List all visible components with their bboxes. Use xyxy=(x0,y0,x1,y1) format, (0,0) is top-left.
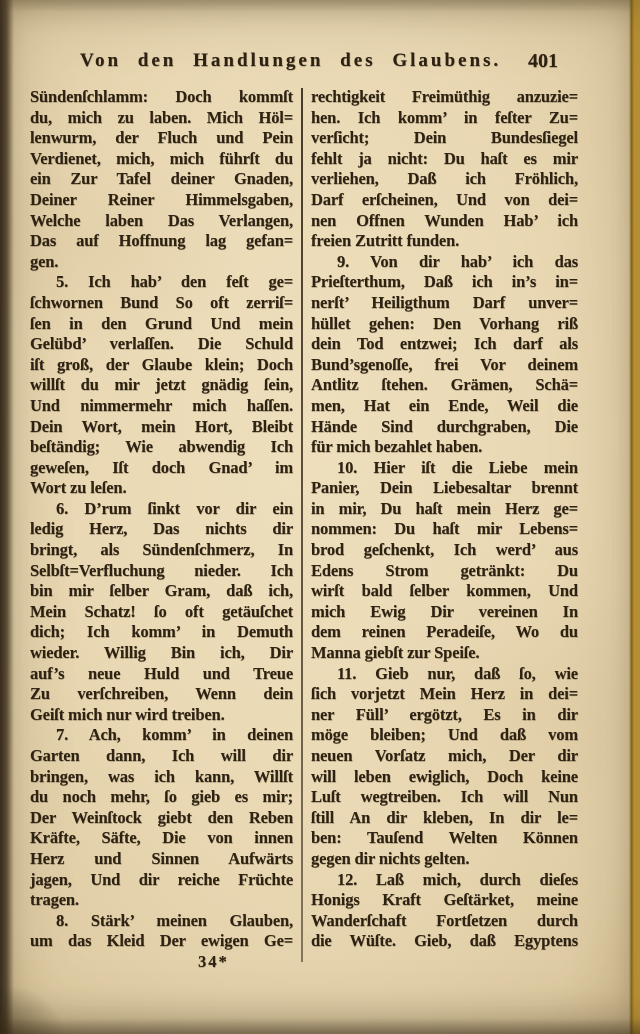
text-line: Herz und Sinnen Aufwärts xyxy=(30,849,293,870)
text-line: um das Kleid Der ewigen Ge= xyxy=(30,931,293,952)
text-line: Und nimmermehr mich haſſen. xyxy=(30,396,293,417)
text-line: Welche laben Das Verlangen, xyxy=(30,211,293,232)
text-line: hen. Ich komm’ in feſter Zu= xyxy=(311,108,578,129)
text-line: Zu verſchreiben, Wenn dein xyxy=(30,684,293,705)
text-line: ſen in den Grund Und mein xyxy=(30,314,293,335)
text-line: für mich bezahlet haben. xyxy=(311,437,578,458)
text-line: 8. Stärk’ meinen Glauben, xyxy=(30,911,293,932)
text-line: ledig Herz, Das nichts dir xyxy=(30,519,293,540)
text-line: auf’s neue Huld und Treue xyxy=(30,664,293,685)
text-line: nen Offnen Wunden Hab’ ich xyxy=(311,211,578,232)
page-number: 401 xyxy=(528,50,558,73)
text-line: verliehen, Daß ich Fröhlich, xyxy=(311,169,578,190)
text-line: Deiner Reiner Himmelsgaben, xyxy=(30,190,293,211)
text-line: Gelübd’ verlaſſen. Die Schuld xyxy=(30,334,293,355)
next-page-edge xyxy=(629,0,640,1034)
text-line: 12. Laß mich, durch dieſes xyxy=(311,870,578,891)
text-line: die Wüſte. Gieb, daß Egyptens xyxy=(311,931,578,952)
text-line: du, mich zu laben. Mich Höl= xyxy=(30,108,293,129)
text-line: Honigs Kraft Geſtärket, meine xyxy=(311,890,578,911)
text-line: dich; Ich komm’ in Demuth xyxy=(30,622,293,643)
text-line: fehlt ja nicht: Du haſt es mir xyxy=(311,149,578,170)
text-line: nommen: Du haſt mir Lebens= xyxy=(311,519,578,540)
text-line: ein Zur Tafel deiner Gnaden, xyxy=(30,169,293,190)
text-line: 9. Von dir hab’ ich das xyxy=(311,252,578,273)
text-line: freien Zutritt funden. xyxy=(311,231,578,252)
running-header: Von den Handlungen des Glaubens. 401 xyxy=(46,50,578,76)
text-line: Selbſt=Verfluchung nieder. Ich xyxy=(30,561,293,582)
text-line: Luſt wegtreiben. Ich will Nun xyxy=(311,787,578,808)
text-line: hüllet gehen: Den Vorhang riß xyxy=(311,314,578,335)
page-top-shadow xyxy=(0,0,640,12)
text-line: 11. Gieb nur, daß ſo, wie xyxy=(311,664,578,685)
text-line: verſicht; Dein Bundesſiegel xyxy=(311,128,578,149)
text-line: geweſen, Iſt doch Gnad’ im xyxy=(30,458,293,479)
text-line: 10. Hier iſt die Liebe mein xyxy=(311,458,578,479)
text-line: Prieſterthum, Daß ich in’s in= xyxy=(311,272,578,293)
text-line: 7. Ach, komm’ in deinen xyxy=(30,725,293,746)
text-columns: Sündenſchlamm: Doch kommſtdu, mich zu la… xyxy=(30,87,578,973)
text-line: Wanderſchaft Fortſetzen durch xyxy=(311,911,578,932)
text-line: 34* xyxy=(30,952,293,973)
text-line: Darf erſcheinen, Und von dei= xyxy=(311,190,578,211)
text-line: neuen Vorſatz mich, Der dir xyxy=(311,746,578,767)
text-line: Antlitz ſtehen. Grämen, Schä= xyxy=(311,375,578,396)
text-line: lenwurm, der Fluch und Pein xyxy=(30,128,293,149)
text-line: mich Ewig Dir vereinen In xyxy=(311,602,578,623)
book-page: Von den Handlungen des Glaubens. 401 Sün… xyxy=(0,0,640,1034)
corner-shadow xyxy=(0,964,90,1034)
text-line: gegen dir nichts gelten. xyxy=(311,849,578,870)
text-line: Garten dann, Ich will dir xyxy=(30,746,293,767)
text-line: willſt du mir jetzt gnädig ſein, xyxy=(30,375,293,396)
text-line: ner Füll’ ergötzt, Es in dir xyxy=(311,705,578,726)
text-line: Sündenſchlamm: Doch kommſt xyxy=(30,87,293,108)
binding-shadow xyxy=(0,0,14,1034)
text-line: Mein Schatz! ſo oft getäuſchet xyxy=(30,602,293,623)
text-line: nerſt’ Heiligthum Darf unver= xyxy=(311,293,578,314)
text-line: Kräfte, Säfte, Die von innen xyxy=(30,828,293,849)
text-line: beſtändig; Wie abwendig Ich xyxy=(30,437,293,458)
text-line: Hände Sind durchgraben, Die xyxy=(311,417,578,438)
text-line: möge bleiben; Und daß vom xyxy=(311,725,578,746)
chapter-title: Von den Handlungen des Glaubens. xyxy=(80,50,492,72)
text-line: bringen, was ich kann, Willſt xyxy=(30,767,293,788)
text-line: wieder. Willig Bin ich, Dir xyxy=(30,643,293,664)
column-divider xyxy=(301,88,303,962)
text-line: rechtigkeit Freimüthig anzuzie= xyxy=(311,87,578,108)
text-line: ſich vorjetzt Mein Herz in dei= xyxy=(311,684,578,705)
page-bottom-shadow xyxy=(0,1018,640,1034)
text-line: du noch mehr, ſo gieb es mir; xyxy=(30,787,293,808)
text-line: Der Weinſtock giebt den Reben xyxy=(30,808,293,829)
text-line: ben: Tauſend Welten Können xyxy=(311,828,578,849)
text-line: Verdienet, mich, mich führſt du xyxy=(30,149,293,170)
text-line: 6. D’rum ſinkt vor dir ein xyxy=(30,499,293,520)
text-line: gen. xyxy=(30,252,293,273)
text-line: dein Tod entzwei; Ich darf als xyxy=(311,334,578,355)
text-line: Panier, Dein Liebesaltar brennt xyxy=(311,478,578,499)
text-line: 5. Ich hab’ den feſt ge= xyxy=(30,272,293,293)
text-line: in mir, Du haſt mein Herz ge= xyxy=(311,499,578,520)
text-line: bin mir ſelber Gram, daß ich, xyxy=(30,581,293,602)
text-line: jagen, Und dir reiche Früchte xyxy=(30,870,293,891)
text-line: ſchwornen Bund So oft zerriſ= xyxy=(30,293,293,314)
text-line: men, Hat ein Ende, Weil die xyxy=(311,396,578,417)
text-line: tragen. xyxy=(30,890,293,911)
text-line: will leben ewiglich, Doch keine xyxy=(311,767,578,788)
text-line: dem reinen Peradeiſe, Wo du xyxy=(311,622,578,643)
left-column: Sündenſchlamm: Doch kommſtdu, mich zu la… xyxy=(30,87,293,973)
text-line: Geiſt mich nur wird treiben. xyxy=(30,705,293,726)
text-line: Das auf Hoffnung lag gefan= xyxy=(30,231,293,252)
text-line: bringt, als Sündenſchmerz, In xyxy=(30,540,293,561)
text-line: ſtill An dir kleben, In dir le= xyxy=(311,808,578,829)
right-column: rechtigkeit Freimüthig anzuzie=hen. Ich … xyxy=(311,87,578,973)
text-line: iſt groß, der Glaube klein; Doch xyxy=(30,355,293,376)
text-line: Bund’sgenoſſe, frei Vor deinem xyxy=(311,355,578,376)
text-line: brod geſchenkt, Ich werd’ aus xyxy=(311,540,578,561)
text-line: Edens Strom getränkt: Du xyxy=(311,561,578,582)
text-line: Dein Wort, mein Hort, Bleibt xyxy=(30,417,293,438)
text-line: Wort zu leſen. xyxy=(30,478,293,499)
text-line: wirſt bald ſelber kommen, Und xyxy=(311,581,578,602)
text-line: Manna giebſt zur Speiſe. xyxy=(311,643,578,664)
